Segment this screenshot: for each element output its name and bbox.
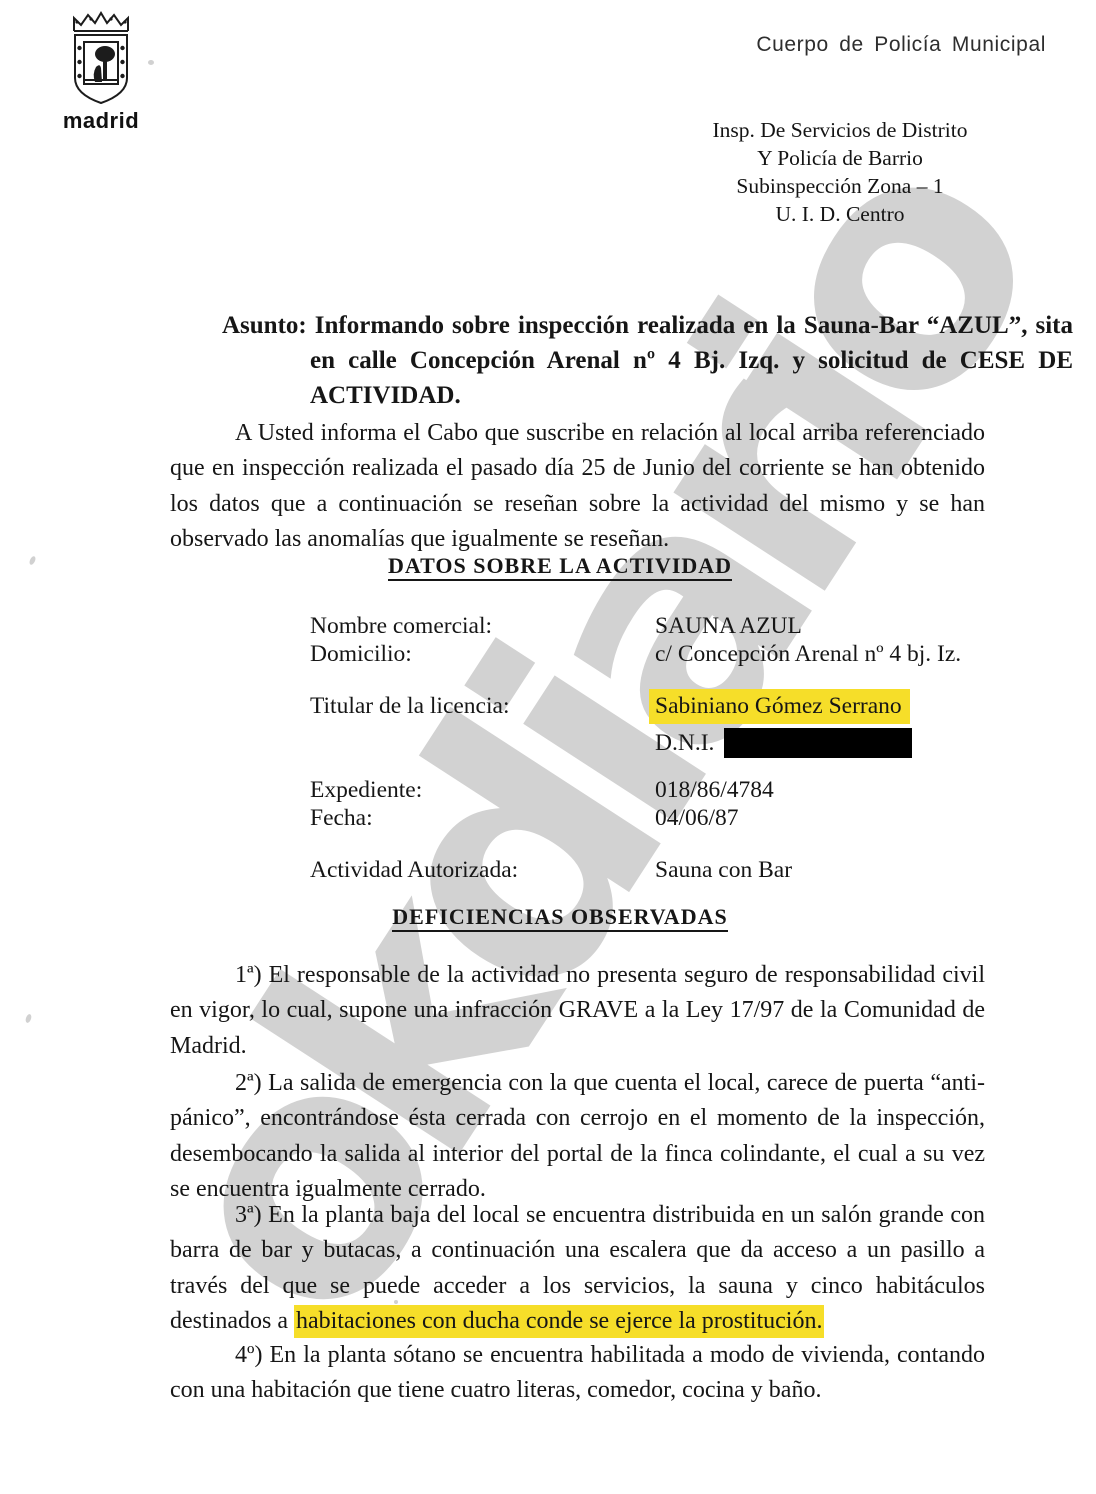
field-label: Fecha: <box>310 804 373 832</box>
redaction-box <box>724 728 912 758</box>
deficiency-item-1: 1ª) El responsable de la actividad no pr… <box>170 958 985 1064</box>
department-line: U. I. D. Centro <box>690 200 990 228</box>
subject-paragraph: Asunto: Informando sobre inspección real… <box>222 308 1073 413</box>
madrid-city-logo: madrid <box>58 10 144 134</box>
scan-speckle <box>394 1300 398 1304</box>
scan-speckle <box>25 1013 33 1023</box>
department-line: Y Policía de Barrio <box>690 144 990 172</box>
deficiency-item-4: 4º) En la planta sótano se encuentra hab… <box>170 1338 985 1409</box>
department-line: Subinspección Zona – 1 <box>690 172 990 200</box>
scan-speckle <box>148 60 154 65</box>
field-value: D.N.I. <box>655 728 912 758</box>
subject-label: Asunto: <box>222 312 315 339</box>
department-line: Insp. De Servicios de Distrito <box>690 116 990 144</box>
section-heading-datos: DATOS SOBRE LA ACTIVIDAD <box>170 553 950 579</box>
deficiency-item-2: 2ª) La salida de emergencia con la que c… <box>170 1066 985 1208</box>
madrono-tree <box>95 46 115 62</box>
border-star <box>77 46 81 50</box>
yellow-highlight: habitaciones con ducha conde se ejerce l… <box>294 1305 824 1338</box>
section-heading-deficiencias: DEFICIENCIAS OBSERVADAS <box>170 904 950 930</box>
field-value: 04/06/87 <box>655 804 739 832</box>
logo-caption: madrid <box>58 108 144 134</box>
field-label: Nombre comercial: <box>310 612 492 640</box>
field-value: SAUNA AZUL <box>655 612 802 640</box>
field-value: c/ Concepción Arenal nº 4 bj. Iz. <box>655 640 961 668</box>
header-corps-name: Cuerpo de Policía Municipal <box>756 33 1046 57</box>
scan-speckle <box>28 555 36 565</box>
field-label: Actividad Autorizada: <box>310 856 518 884</box>
subject-text: Informando sobre inspección realizada en… <box>310 312 1073 409</box>
scanned-police-report-page: okdiario <box>0 0 1096 1494</box>
field-value-highlighted: Sabiniano Gómez Serrano <box>655 692 910 720</box>
bear <box>94 65 102 82</box>
madrid-coat-of-arms-icon <box>65 10 137 110</box>
field-value: Sauna con Bar <box>655 856 792 884</box>
field-label: Domicilio: <box>310 640 412 668</box>
field-value: 018/86/4784 <box>655 776 774 804</box>
department-block: Insp. De Servicios de Distrito Y Policía… <box>690 116 990 228</box>
yellow-highlight: Sabiniano Gómez Serrano <box>649 689 910 724</box>
field-label: Expediente: <box>310 776 422 804</box>
dni-label: D.N.I. <box>655 730 714 756</box>
crown <box>74 13 128 31</box>
field-label: Titular de la licencia: <box>310 692 509 720</box>
deficiency-item-3: 3ª) En la planta baja del local se encue… <box>170 1198 985 1340</box>
intro-paragraph: A Usted informa el Cabo que suscribe en … <box>170 416 985 558</box>
